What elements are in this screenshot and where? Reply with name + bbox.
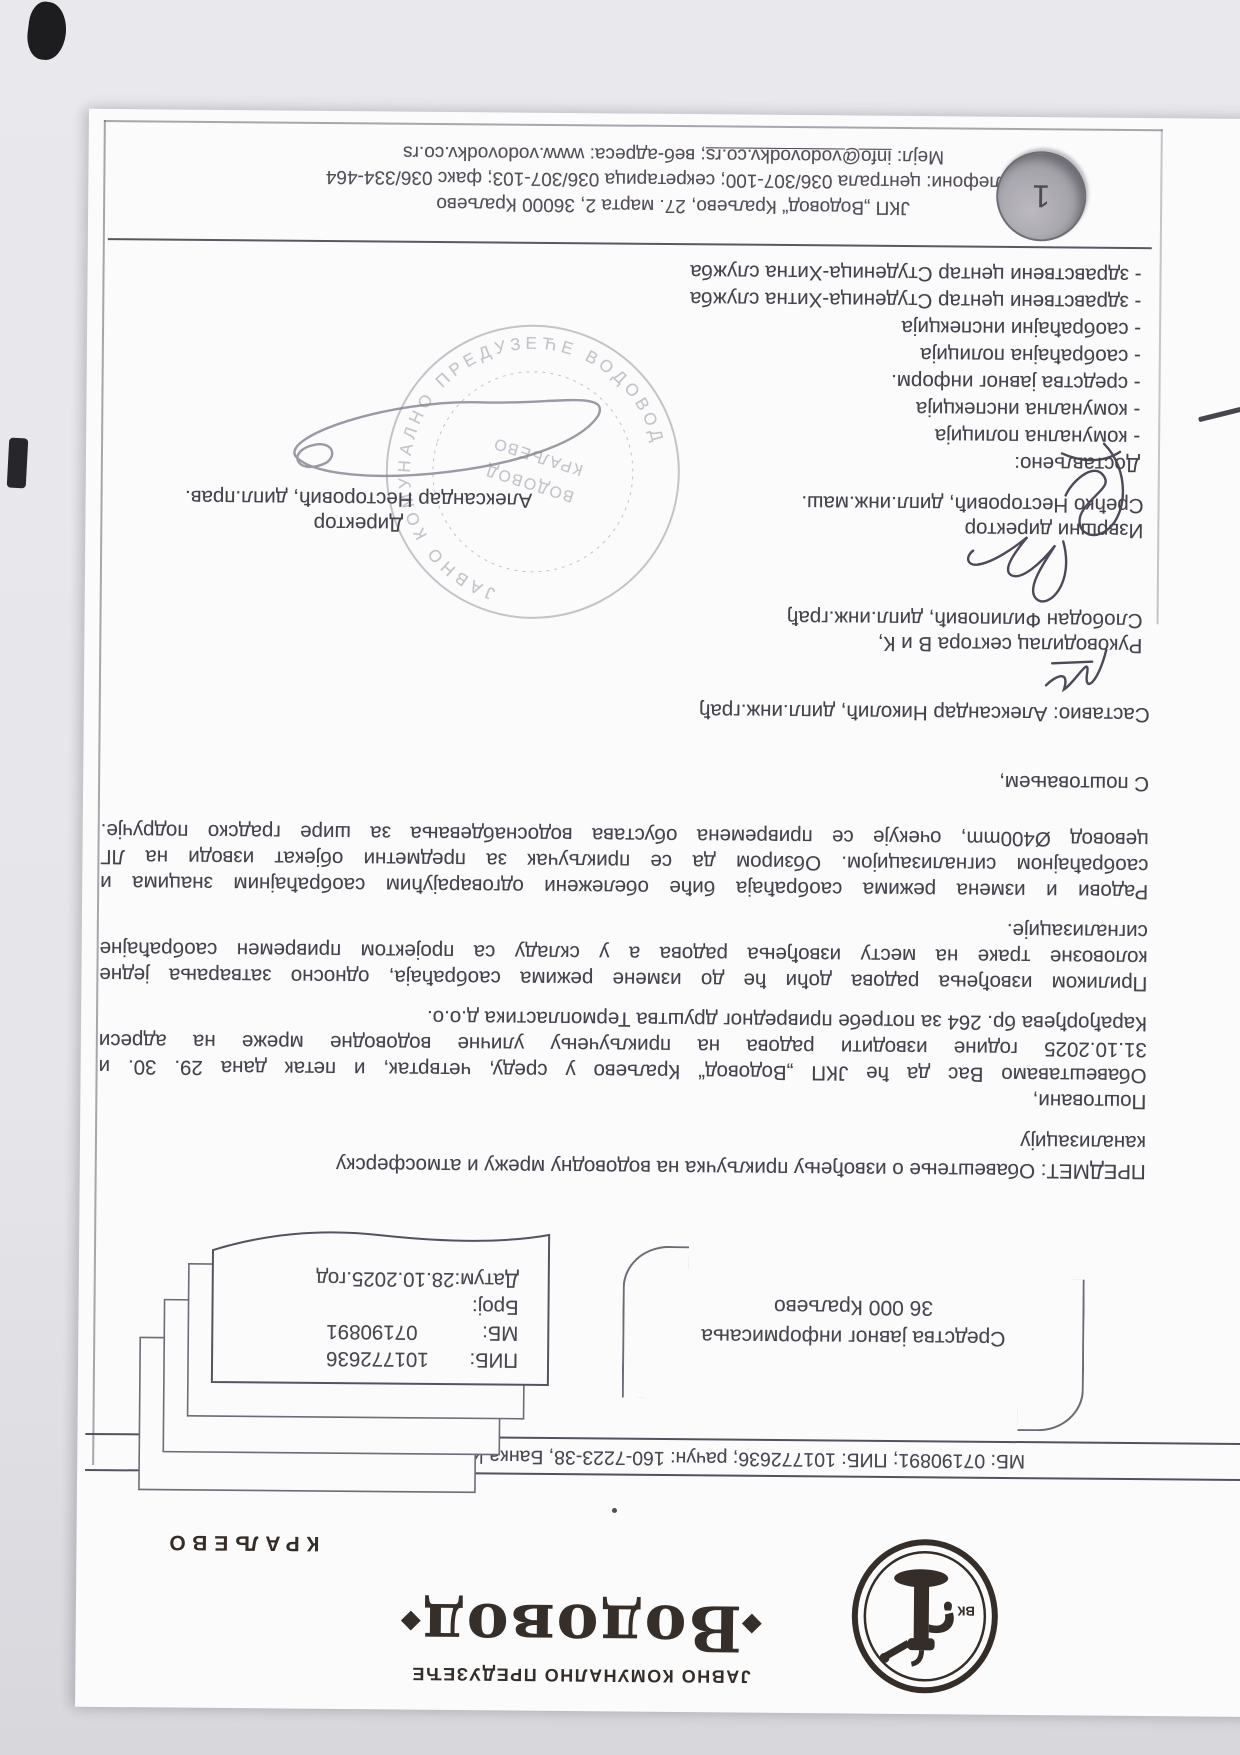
scan-artifact (25, 0, 70, 62)
mb-value: 07190891 (326, 1318, 452, 1346)
delivered-item: - здравствени центар Студеница-Хитна слу… (690, 285, 1142, 316)
delivered-item: - саобраћајна полиција (689, 339, 1141, 370)
logo-diamond-icon: ◆ (742, 1610, 762, 1640)
protocol-stamp-fields: ПИБ:101772636 МБ:07190891 Број: Датум:28… (218, 1264, 519, 1373)
delivered-item: - комунална инспекција (689, 393, 1141, 424)
subject-block: ПРЕДМЕТ: Обавештење о извођењу прикључка… (98, 1119, 1146, 1186)
page-number: 1 (1032, 178, 1050, 215)
pib-label: ПИБ: (452, 1346, 518, 1373)
distribution-list: Достављено: - комунална полиција - комун… (689, 258, 1142, 478)
recipient-line: Средства јавног информисања (622, 1320, 1084, 1354)
delivered-item: - комунална полиција (689, 420, 1141, 451)
footer-divider (108, 238, 1152, 249)
signature-director-icon (262, 370, 633, 503)
delivered-label: Достављено: (689, 447, 1141, 478)
signer-title: Руководилац сектора В и К, (787, 630, 1143, 658)
broj-value (326, 1292, 452, 1320)
datum-value: 28.10.2025.год (316, 1265, 454, 1293)
signer-title: Директор (151, 509, 565, 538)
mb-label: МБ: (452, 1319, 518, 1346)
footer-url: www.vodovodkv.co.rs (403, 142, 584, 165)
company-logo: ◆Водовод◆ (308, 1586, 854, 1665)
broj-label: Број: (452, 1293, 518, 1320)
scan-artifact (7, 438, 29, 489)
letter-body: Поштовани, Обавештавамо Вас да ће ЈКП „В… (98, 761, 1149, 1114)
logo-text: Водовод (420, 1589, 742, 1666)
scan-artifact (612, 1508, 617, 1513)
pib-value: 101772636 (326, 1345, 452, 1373)
delivered-item: - здравствени центар Студеница-Хитна слу… (690, 258, 1142, 289)
delivered-item: - средства јавног информ. (689, 366, 1141, 397)
company-type-label: ЈАВНО КОМУНАЛНО ПРЕДУЗЕЋЕ (308, 1662, 853, 1688)
company-emblem-icon: ВК (848, 1536, 1001, 1697)
datum-label: Датум: (454, 1266, 518, 1293)
svg-text:ВК: ВК (957, 1604, 975, 1619)
upside-down-document: ВК ЈАВНО КОМУНАЛНО ПРЕДУЗЕЋЕ ◆Водовод◆ К… (88, 115, 1240, 1705)
recipient-box: Средства јавног информисања 36 000 Краље… (621, 1242, 1085, 1436)
logo-diamond-icon: ◆ (401, 1607, 421, 1637)
composed-by-line: Саставио: Александар Николић, дипл.инж.г… (699, 698, 1150, 726)
footer-email: info@vodovodkv.co.rs (706, 144, 892, 167)
protocol-stamp-box (112, 1205, 595, 1549)
recipient-line: 36 000 Краљево (622, 1290, 1084, 1324)
delivered-item: - саобраћајни инспекција (690, 312, 1142, 343)
page-number-badge: 1 (996, 151, 1087, 242)
